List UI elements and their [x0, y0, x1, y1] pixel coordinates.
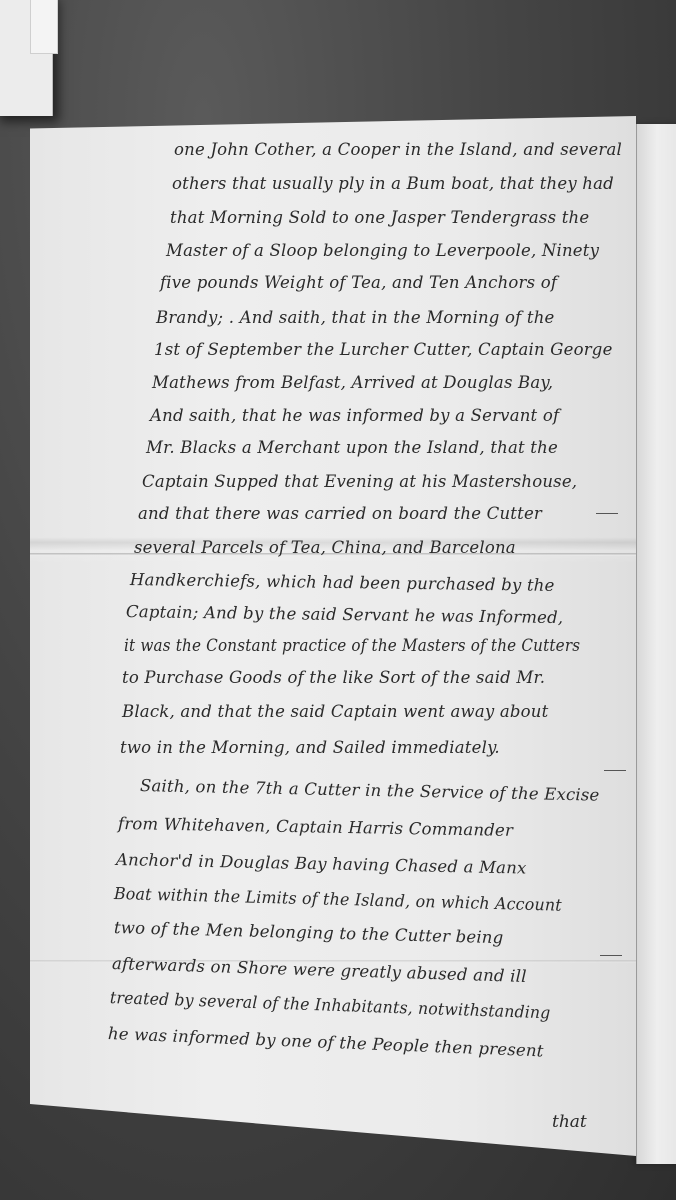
- text-line: five pounds Weight of Tea, and Ten Ancho…: [160, 273, 557, 292]
- paper-stack-top: [30, 0, 58, 54]
- text-line: 1st of September the Lurcher Cutter, Cap…: [154, 340, 613, 359]
- text-line: that Morning Sold to one Jasper Tendergr…: [170, 208, 589, 227]
- text-line: and that there was carried on board the …: [138, 504, 542, 523]
- text-line: Master of a Sloop belonging to Leverpool…: [166, 241, 599, 260]
- text-line: Mathews from Belfast, Arrived at Douglas…: [152, 373, 553, 392]
- catchword: that: [552, 1112, 587, 1132]
- text-line: to Purchase Goods of the like Sort of th…: [122, 668, 545, 687]
- text-line: others that usually ply in a Bum boat, t…: [172, 174, 614, 193]
- text-line: several Parcels of Tea, China, and Barce…: [134, 538, 516, 557]
- text-line: two in the Morning, and Sailed immediate…: [120, 738, 500, 757]
- text-line: And saith, that he was informed by a Ser…: [150, 406, 559, 425]
- line-filler-dash: [596, 513, 618, 514]
- line-filler-dash: [604, 770, 626, 771]
- text-line: Mr. Blacks a Merchant upon the Island, t…: [146, 438, 558, 457]
- text-line: Black, and that the said Captain went aw…: [122, 702, 548, 721]
- line-filler-dash: [600, 955, 622, 956]
- text-line: Captain Supped that Evening at his Maste…: [142, 472, 577, 491]
- photo-scene: one John Cother, a Cooper in the Island,…: [0, 0, 676, 1200]
- text-line: it was the Constant practice of the Mast…: [124, 636, 580, 655]
- adjacent-sheet: [636, 124, 676, 1164]
- text-line: Brandy; . And saith, that in the Morning…: [156, 308, 554, 327]
- text-line: one John Cother, a Cooper in the Island,…: [174, 140, 622, 159]
